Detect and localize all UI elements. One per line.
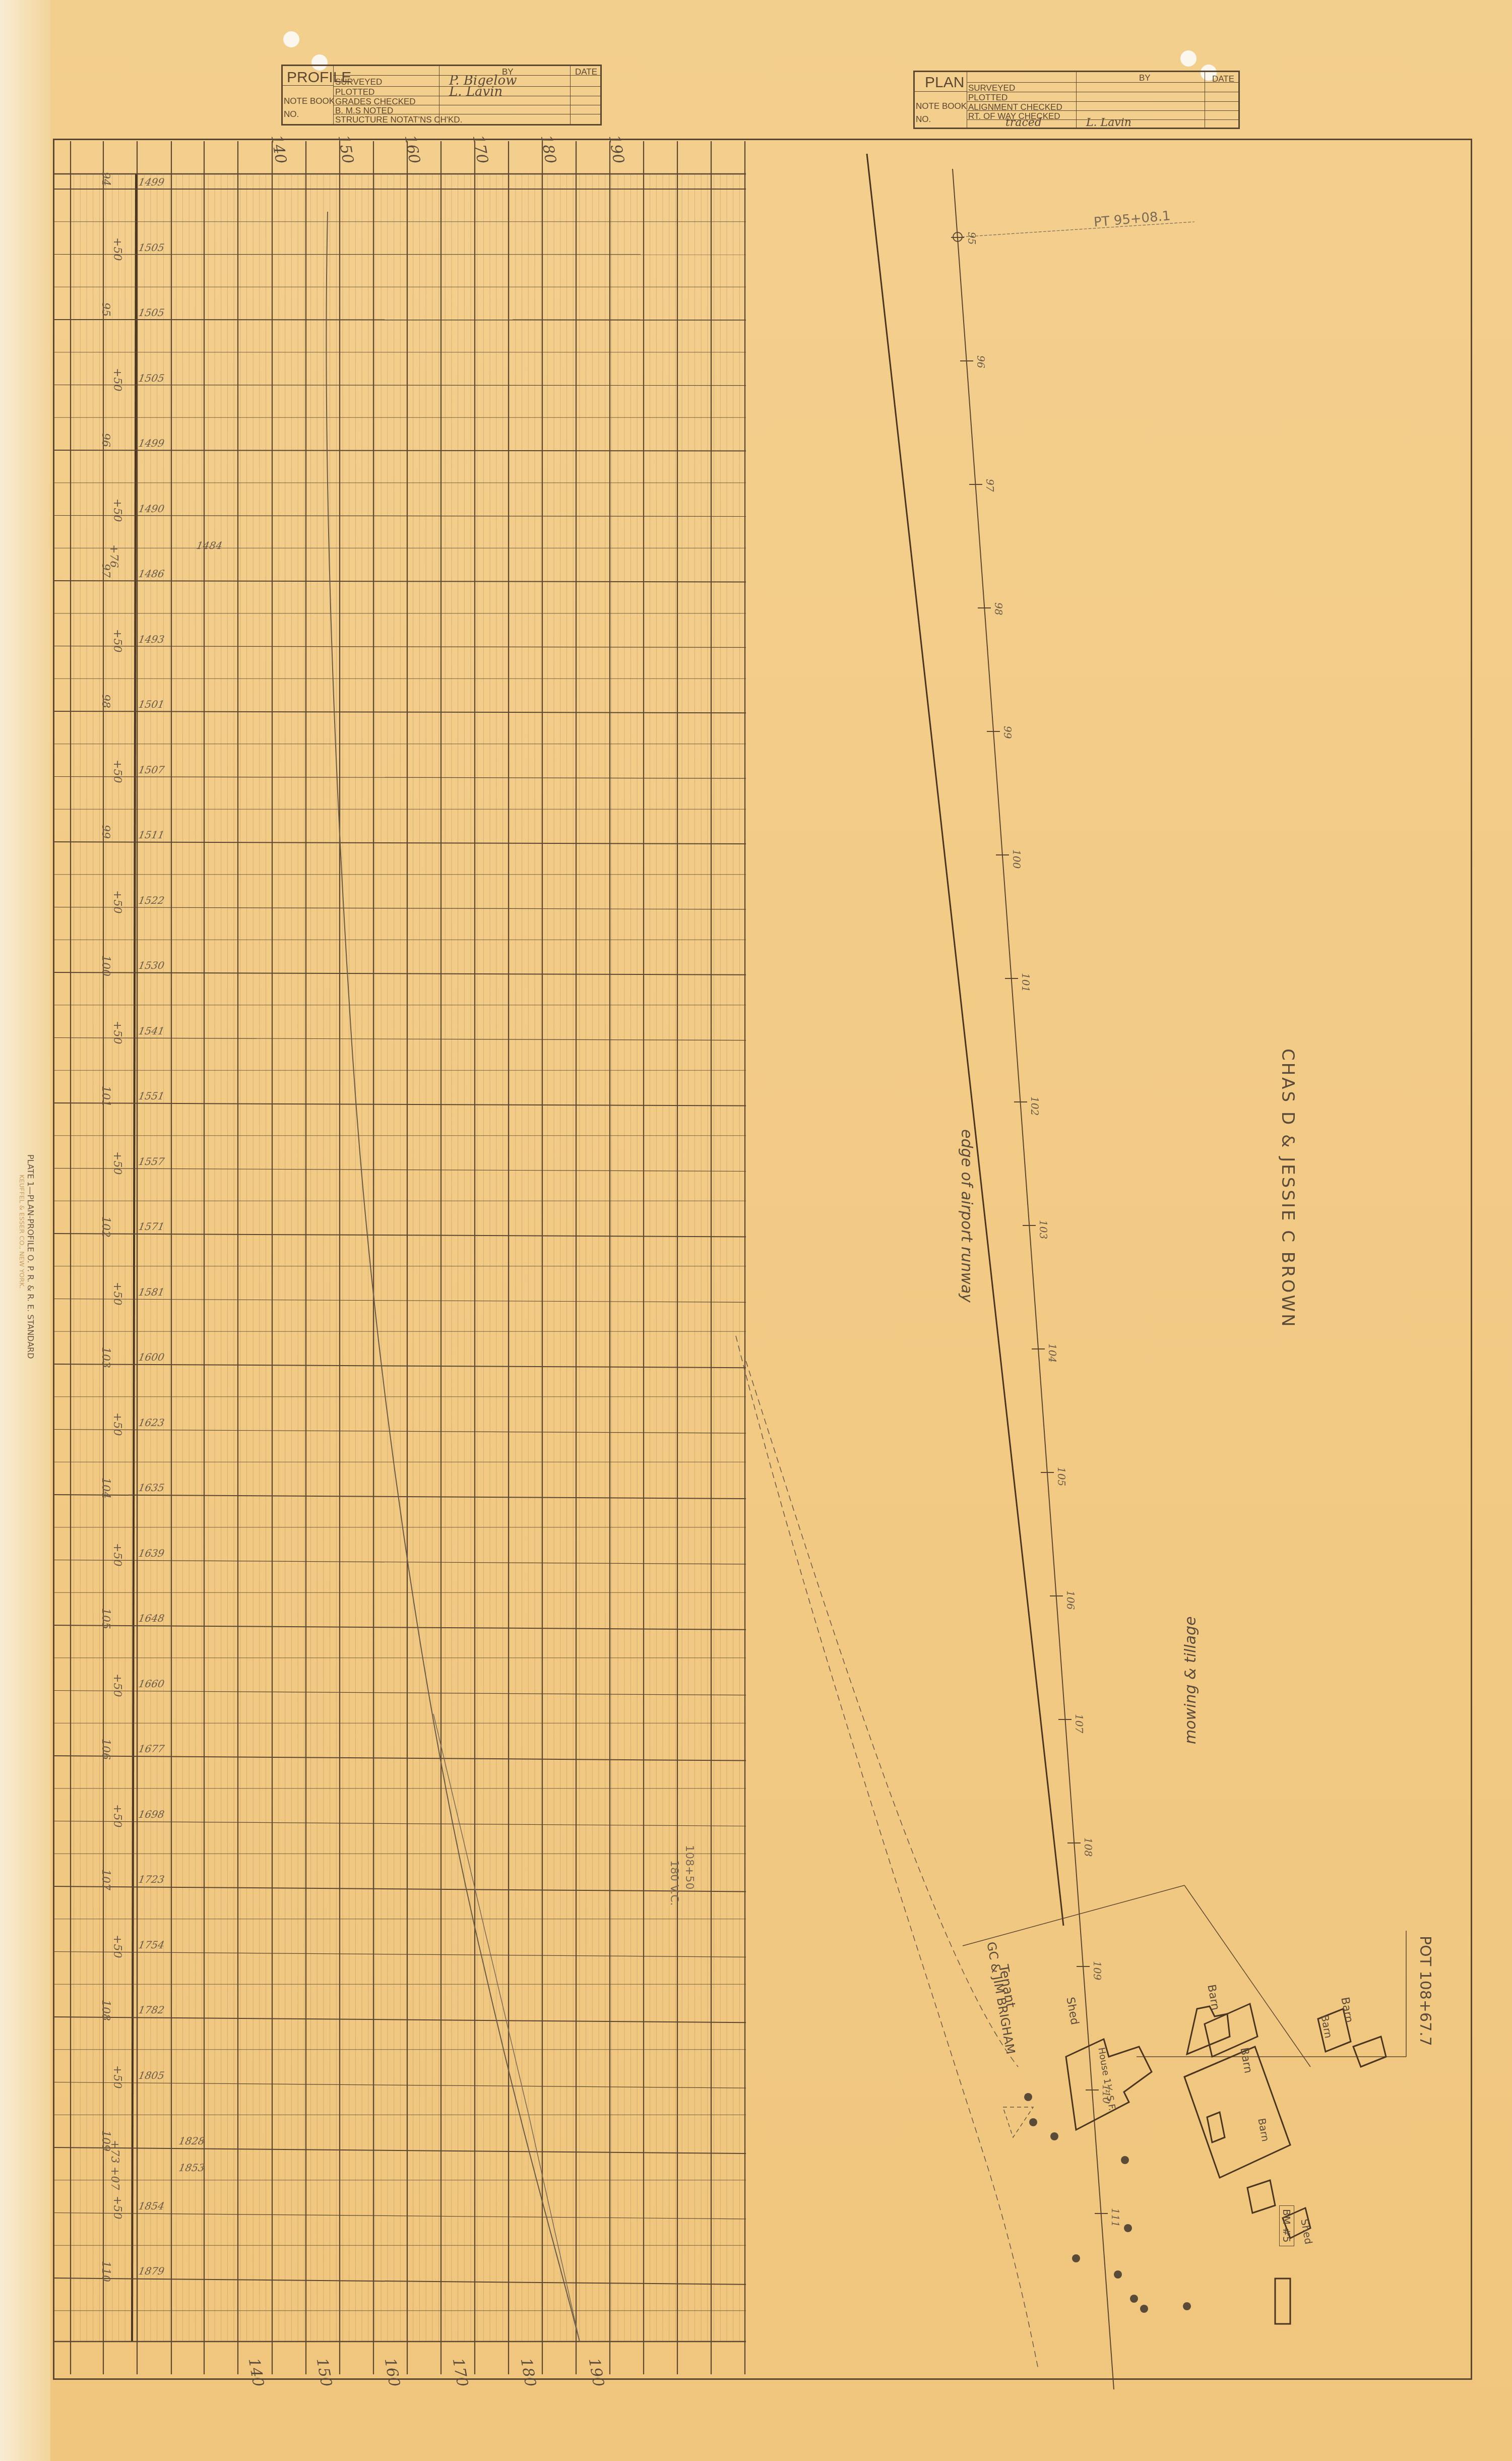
station-label: 102 [99, 1216, 112, 1238]
station-label: 98 [99, 694, 112, 708]
station-tick [1067, 1842, 1081, 1843]
station-label: 95 [99, 302, 112, 317]
plan-station-label: 104 [1046, 1343, 1058, 1363]
station-label: +50 [111, 1935, 123, 1958]
station-label: +50 [111, 1151, 123, 1175]
station-tick [1086, 2089, 1099, 2090]
station-tick [1032, 1348, 1045, 1349]
plan-station-label: 109 [1091, 1961, 1103, 1980]
station-tick [1058, 1719, 1072, 1720]
station-label: 100 [99, 955, 112, 976]
station-label: +50 [111, 629, 123, 652]
station-label: 104 [99, 1478, 112, 1499]
station-label: +50 [111, 890, 123, 913]
elevation-label: 1522 [138, 894, 165, 906]
elevation-label: 1493 [138, 633, 165, 645]
station-tick [1023, 1225, 1036, 1226]
station-label: +50 [111, 368, 123, 391]
elevation-label: 1648 [138, 1612, 165, 1624]
owner-label: CHAS D & JESSIE C BROWN [1278, 1049, 1298, 1329]
station-label: +50 [111, 237, 123, 261]
plan-station-label: 99 [1001, 726, 1014, 739]
elevation-label: 1530 [138, 959, 165, 971]
elevation-label: 1853 [178, 2162, 206, 2174]
station-label: +50 [111, 499, 123, 522]
plan-station-label: 98 [992, 602, 1004, 615]
elevation-label: 1486 [138, 568, 165, 580]
station-label: +50 [111, 1412, 123, 1436]
elevation-label: 1723 [138, 1873, 165, 1885]
station-tick [978, 607, 991, 608]
elevation-label: 1511 [138, 829, 165, 841]
elevation-label: 1754 [138, 1939, 165, 1951]
plan-station-label: 97 [984, 479, 996, 491]
plan-station-label: 103 [1037, 1220, 1049, 1239]
elevation-label: 1660 [138, 1678, 165, 1690]
station-label: 101 [99, 1086, 112, 1107]
plan-station-label: 108 [1082, 1837, 1094, 1857]
elevation-label: 1571 [138, 1220, 165, 1233]
elevation-label: 1698 [138, 1808, 165, 1820]
elevation-label: 1507 [138, 764, 165, 776]
station-tick [951, 237, 964, 238]
plan-station-label: 102 [1029, 1096, 1041, 1116]
station-label: 106 [99, 1739, 112, 1760]
station-label: +73 [108, 2140, 121, 2163]
station-label: 105 [99, 1608, 112, 1629]
station-tick [987, 731, 1000, 732]
station-label: +50 [111, 2065, 123, 2088]
station-label: 108 [99, 2000, 112, 2021]
elevation-label: 1581 [138, 1286, 165, 1298]
elevation-label: 1505 [138, 306, 165, 319]
station-tick [1005, 978, 1018, 979]
station-label: +76 [107, 544, 120, 568]
station-tick [1014, 1101, 1027, 1102]
elevation-label: 1639 [138, 1547, 165, 1559]
elevation-label: 1828 [178, 2135, 206, 2147]
plan-station-label: 107 [1073, 1714, 1085, 1733]
benchmark-label: BM #5 [1279, 2205, 1294, 2246]
elevation-label: 1501 [138, 698, 165, 710]
elevation-label: 1484 [196, 539, 223, 551]
plan-station-label: 95 [966, 232, 978, 244]
station-tick [960, 360, 973, 361]
pencil-note: 180 V.C. [668, 1860, 680, 1906]
plan-station-label: 110 [1100, 2084, 1112, 2104]
station-tick [1077, 1966, 1090, 1967]
station-tick [1050, 1595, 1063, 1596]
station-label: +07 [108, 2167, 121, 2190]
elevation-label: 1677 [138, 1743, 165, 1755]
station-label: 107 [99, 1869, 112, 1890]
elevation-label: 1805 [138, 2069, 165, 2081]
plan-station-label: 100 [1011, 849, 1023, 869]
station-label: 110 [99, 2261, 112, 2282]
plan-station-label: 111 [1109, 2208, 1121, 2227]
plan-station-label: 105 [1055, 1467, 1067, 1486]
station-label: +50 [111, 2196, 123, 2219]
pot-label: POT 108+67.7 [1416, 1936, 1434, 2046]
station-label: +50 [111, 1804, 123, 1827]
station-label: +50 [111, 1021, 123, 1044]
station-label: 96 [99, 433, 112, 447]
plan-station-label: 106 [1064, 1590, 1077, 1610]
elevation-label: 1854 [138, 2200, 165, 2212]
station-tick [969, 484, 982, 485]
elevation-label: 1505 [138, 372, 165, 384]
station-tick [1095, 2213, 1108, 2214]
station-label: +50 [111, 1282, 123, 1305]
elevation-label: 1499 [138, 437, 165, 449]
mowing-label: mowing & tillage [1182, 1616, 1200, 1744]
plan-station-label: 96 [975, 355, 987, 368]
station-tick [996, 854, 1009, 855]
elevation-label: 1551 [138, 1090, 165, 1102]
station-label: +50 [111, 1674, 123, 1697]
elevation-label: 1635 [138, 1482, 165, 1494]
plan-station-label: 101 [1020, 973, 1032, 992]
pencil-note: 108+50 [683, 1845, 696, 1889]
elevation-label: 1782 [138, 2004, 165, 2016]
elevation-label: 1490 [138, 503, 165, 515]
station-tick [1041, 1472, 1054, 1473]
elevation-label: 1541 [138, 1025, 165, 1037]
elevation-label: 1600 [138, 1351, 165, 1363]
station-label: 99 [99, 825, 112, 839]
elevation-label: 1557 [138, 1155, 165, 1167]
elevation-label: 1623 [138, 1417, 165, 1429]
station-label: +50 [111, 1543, 123, 1566]
station-label: 103 [99, 1347, 112, 1368]
elevation-label: 1505 [138, 241, 165, 254]
station-label: +50 [111, 760, 123, 783]
runway-label: edge of airport runway [958, 1129, 975, 1303]
station-label: 94 [99, 172, 112, 186]
elevation-label: 1499 [138, 176, 165, 188]
elevation-label: 1879 [138, 2265, 165, 2277]
